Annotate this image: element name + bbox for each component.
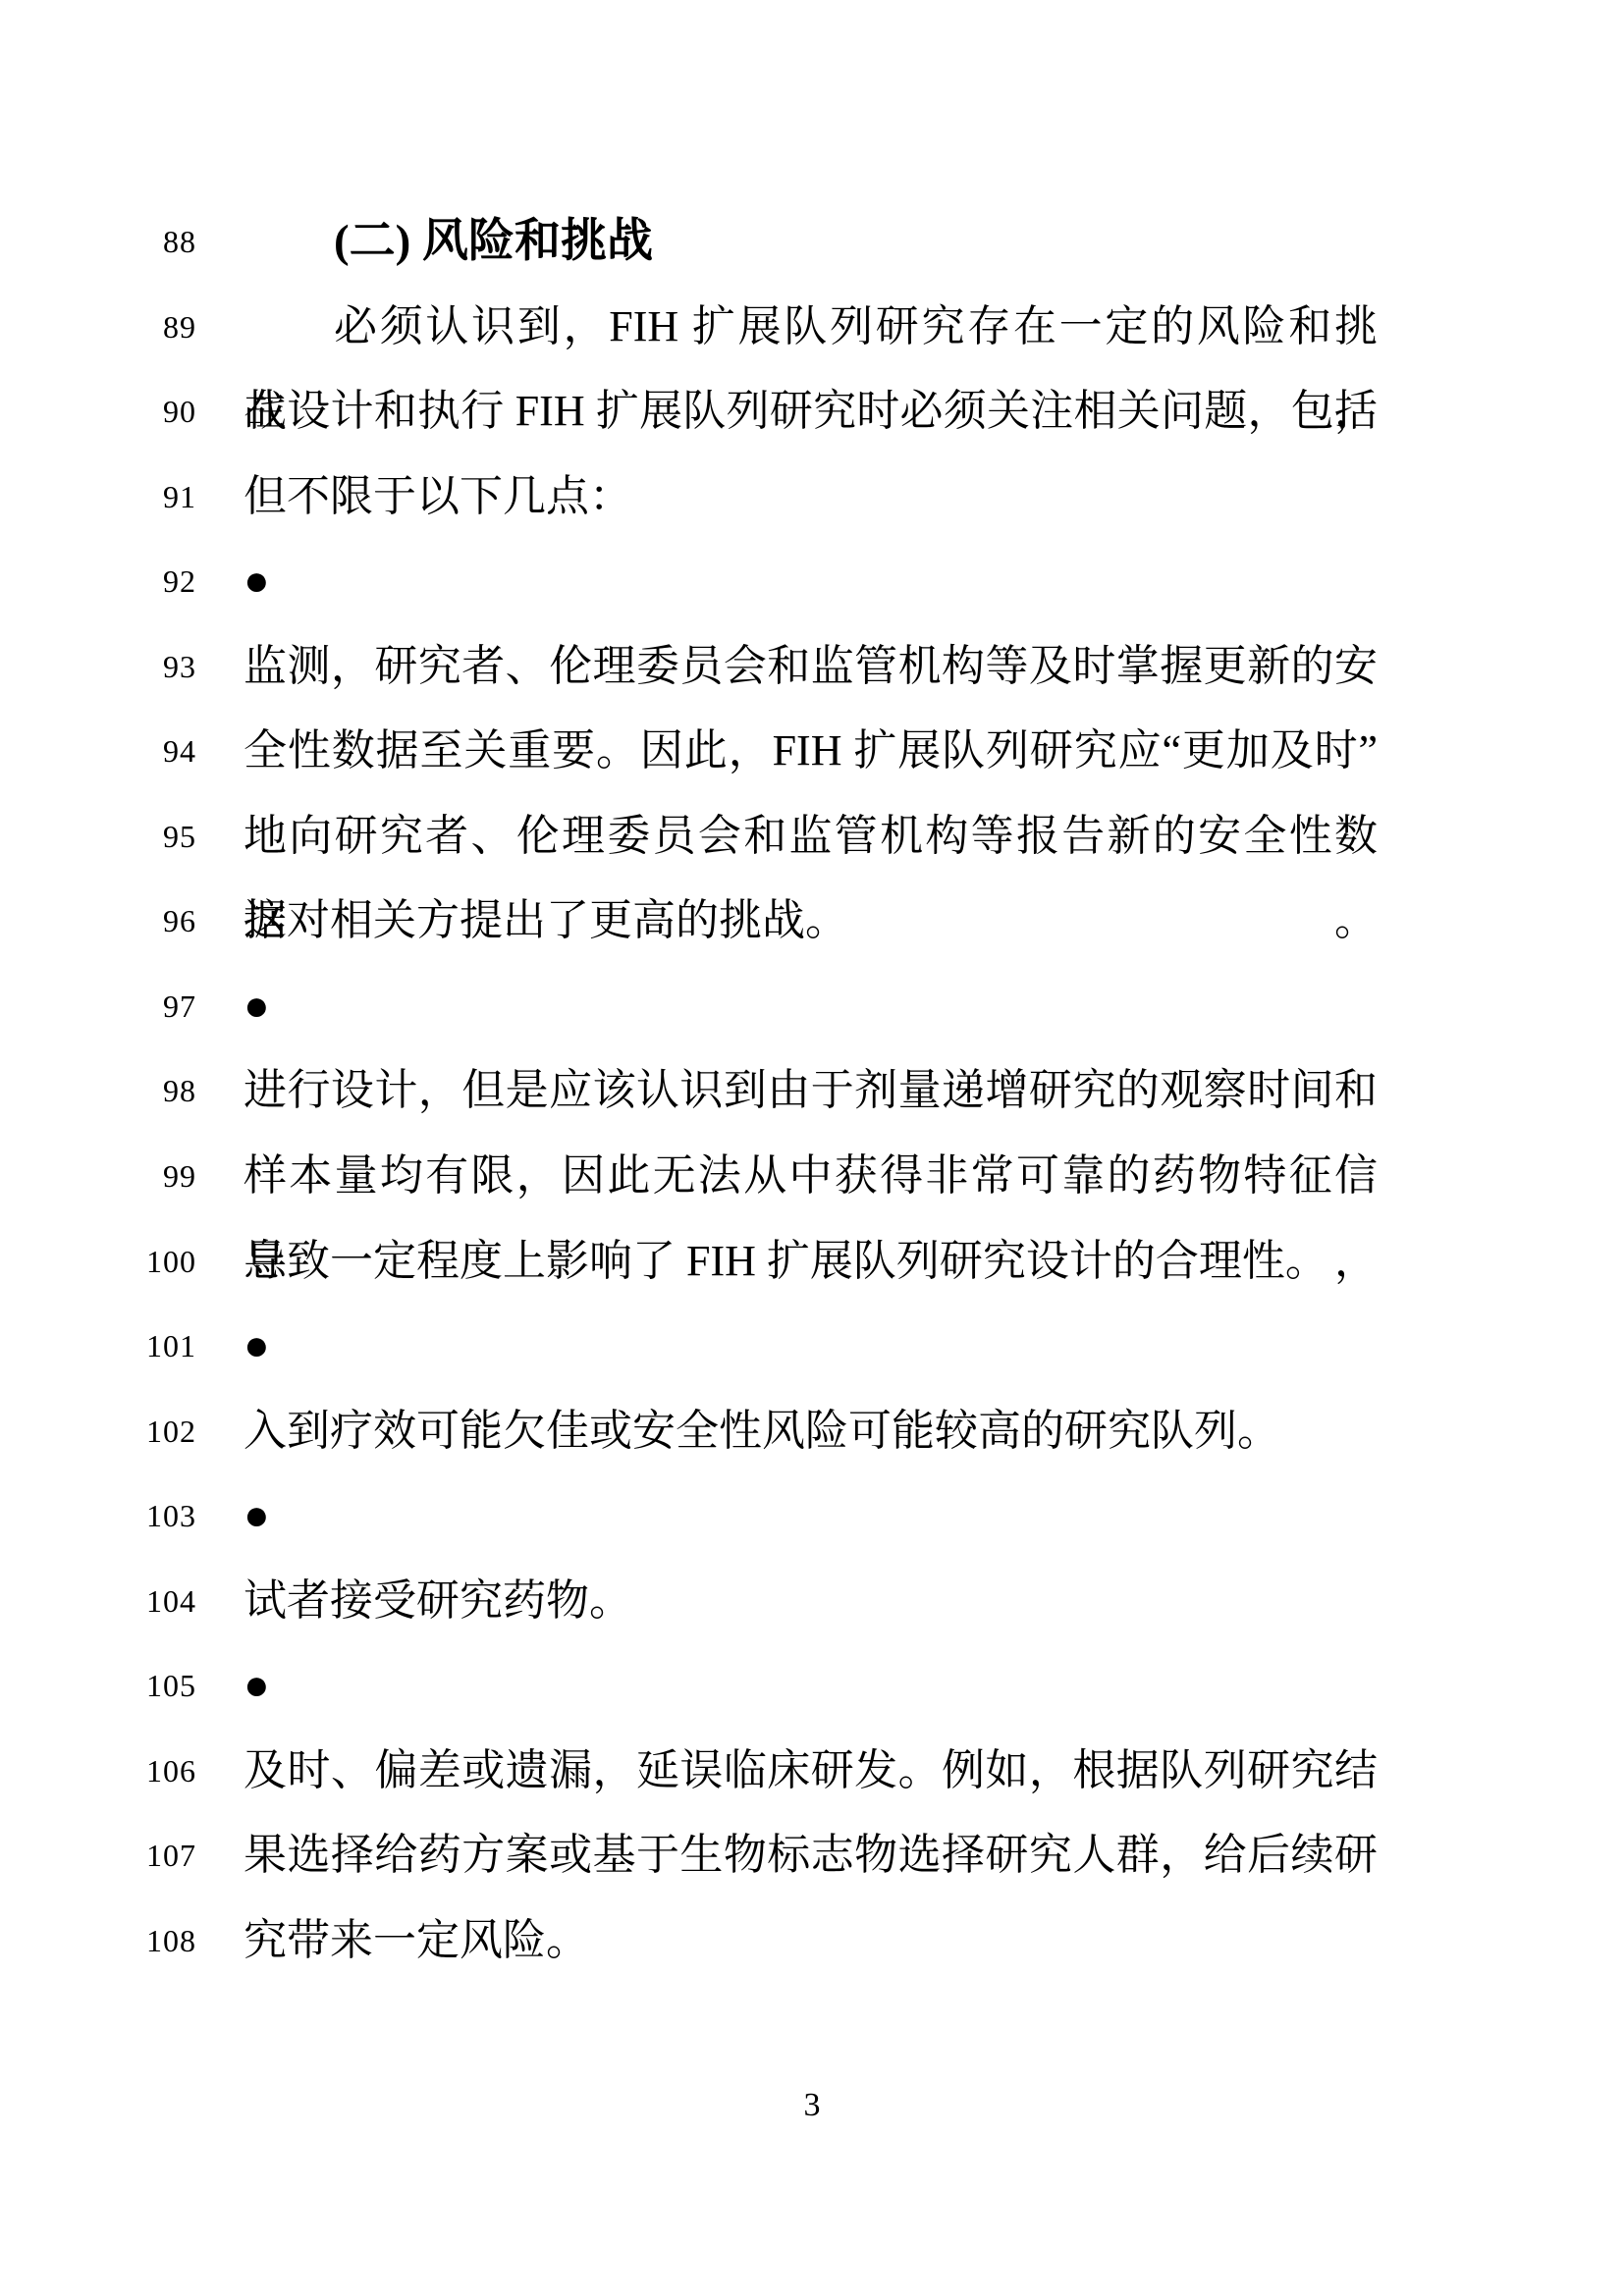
line-text-content: 试者接受研究药物。 <box>244 1576 632 1625</box>
line-number: 99 <box>0 1134 196 1219</box>
line-text-content: 监测，研究者、伦理委员会和监管机构等及时掌握更新的安 <box>244 642 1378 690</box>
line-text: 全性数据至关重要。因此，FIH 扩展队列研究应“更加及时” <box>244 709 1378 794</box>
line-number: 94 <box>0 709 196 794</box>
line-number: 97 <box>0 964 196 1049</box>
line-text: 在设计和执行 FIH 扩展队列研究时必须关注相关问题，包括 <box>244 369 1378 454</box>
line-number: 104 <box>0 1559 196 1644</box>
line-text: 进行设计，但是应该认识到由于剂量递增研究的观察时间和 <box>244 1048 1378 1134</box>
line-text: 入到疗效可能欠佳或安全性风险可能较高的研究队列。 <box>244 1389 1378 1474</box>
text-line: 95 地向研究者、伦理委员会和监管机构等报告新的安全性数据。 <box>0 794 1624 880</box>
line-text: 地向研究者、伦理委员会和监管机构等报告新的安全性数据。 <box>244 794 1378 880</box>
line-number: 106 <box>0 1729 196 1814</box>
text-line: 102 入到疗效可能欠佳或安全性风险可能较高的研究队列。 <box>0 1389 1624 1474</box>
text-body: 88 (二) 风险和挑战 89 必须认识到，FIH 扩展队列研究存在一定的风险和… <box>0 199 1624 1983</box>
line-text-content: (二) 风险和挑战 <box>334 216 653 267</box>
text-line: 99 样本量均有限，因此无法从中获得非常可靠的药物特征信息， <box>0 1134 1624 1219</box>
document-page: 88 (二) 风险和挑战 89 必须认识到，FIH 扩展队列研究存在一定的风险和… <box>0 0 1624 2296</box>
line-text-content: 果选择给药方案或基于生物标志物选择研究人群，给后续研 <box>244 1831 1378 1879</box>
text-line: 101 ● <box>0 1304 1624 1389</box>
line-number: 91 <box>0 454 196 540</box>
text-line: 92 ● <box>0 539 1624 624</box>
line-text-content: 但不限于以下几点： <box>244 472 632 520</box>
text-line: 104 试者接受研究药物。 <box>0 1559 1624 1644</box>
line-number: 90 <box>0 369 196 454</box>
text-line: 91 但不限于以下几点： <box>0 454 1624 540</box>
text-line: 98 进行设计，但是应该认识到由于剂量递增研究的观察时间和 <box>0 1048 1624 1134</box>
line-text: 样本量均有限，因此无法从中获得非常可靠的药物特征信息， <box>244 1134 1378 1219</box>
text-line: 107 果选择给药方案或基于生物标志物选择研究人群，给后续研 <box>0 1813 1624 1898</box>
text-line: 103 ● <box>0 1473 1624 1559</box>
line-text: ● <box>244 1473 1378 1559</box>
text-line: 94 全性数据至关重要。因此，FIH 扩展队列研究应“更加及时” <box>0 709 1624 794</box>
line-text-content: 进行设计，但是应该认识到由于剂量递增研究的观察时间和 <box>244 1066 1378 1114</box>
line-text-content: 导致一定程度上影响了 FIH 扩展队列研究设计的合理性。 <box>244 1237 1328 1285</box>
line-text: ● <box>244 964 1378 1049</box>
line-number: 100 <box>0 1219 196 1305</box>
line-number: 96 <box>0 879 196 964</box>
line-text: (二) 风险和挑战 <box>244 199 1378 285</box>
line-text: 必须认识到，FIH 扩展队列研究存在一定的风险和挑战， <box>244 285 1378 370</box>
line-number: 88 <box>0 199 196 285</box>
line-text: 试者接受研究药物。 <box>244 1559 1378 1644</box>
line-number: 89 <box>0 285 196 370</box>
text-line: 100 导致一定程度上影响了 FIH 扩展队列研究设计的合理性。 <box>0 1219 1624 1305</box>
line-number: 92 <box>0 539 196 624</box>
line-number: 93 <box>0 624 196 710</box>
line-text: ● <box>244 1643 1378 1729</box>
text-line: 90 在设计和执行 FIH 扩展队列研究时必须关注相关问题，包括 <box>0 369 1624 454</box>
text-line: 88 (二) 风险和挑战 <box>0 199 1624 285</box>
line-text: 究带来一定风险。 <box>244 1898 1378 1984</box>
text-line: 89 必须认识到，FIH 扩展队列研究存在一定的风险和挑战， <box>0 285 1624 370</box>
line-text: 但不限于以下几点： <box>244 454 1378 540</box>
line-text: ● <box>244 1304 1378 1389</box>
line-text-content: 入到疗效可能欠佳或安全性风险可能较高的研究队列。 <box>244 1407 1280 1455</box>
line-text: 监测，研究者、伦理委员会和监管机构等及时掌握更新的安 <box>244 624 1378 710</box>
line-number: 105 <box>0 1643 196 1729</box>
line-number: 108 <box>0 1898 196 1984</box>
line-text-content: 全性数据至关重要。因此，FIH 扩展队列研究应“更加及时” <box>244 726 1378 774</box>
line-number: 98 <box>0 1048 196 1134</box>
line-number: 101 <box>0 1304 196 1389</box>
line-text: 这对相关方提出了更高的挑战。 <box>244 879 1378 964</box>
line-text-content: 及时、偏差或遗漏，延误临床研发。例如，根据队列研究结 <box>244 1746 1378 1794</box>
line-text: 果选择给药方案或基于生物标志物选择研究人群，给后续研 <box>244 1813 1378 1898</box>
text-line: 96 这对相关方提出了更高的挑战。 <box>0 879 1624 964</box>
line-number: 107 <box>0 1813 196 1898</box>
line-text: 及时、偏差或遗漏，延误临床研发。例如，根据队列研究结 <box>244 1729 1378 1814</box>
page-number: 3 <box>0 2086 1624 2125</box>
text-line: 93 监测，研究者、伦理委员会和监管机构等及时掌握更新的安 <box>0 624 1624 710</box>
line-text: 导致一定程度上影响了 FIH 扩展队列研究设计的合理性。 <box>244 1219 1378 1305</box>
text-line: 97 ● <box>0 964 1624 1049</box>
line-text-content: 在设计和执行 FIH 扩展队列研究时必须关注相关问题，包括 <box>244 387 1378 435</box>
text-line: 108 究带来一定风险。 <box>0 1898 1624 1984</box>
line-text-content: 究带来一定风险。 <box>244 1916 589 1964</box>
line-number: 103 <box>0 1473 196 1559</box>
text-line: 106 及时、偏差或遗漏，延误临床研发。例如，根据队列研究结 <box>0 1729 1624 1814</box>
line-text: ● <box>244 539 1378 624</box>
line-number: 102 <box>0 1389 196 1474</box>
line-text-content: 这对相关方提出了更高的挑战。 <box>244 896 848 944</box>
text-line: 105 ● <box>0 1643 1624 1729</box>
line-number: 95 <box>0 794 196 880</box>
